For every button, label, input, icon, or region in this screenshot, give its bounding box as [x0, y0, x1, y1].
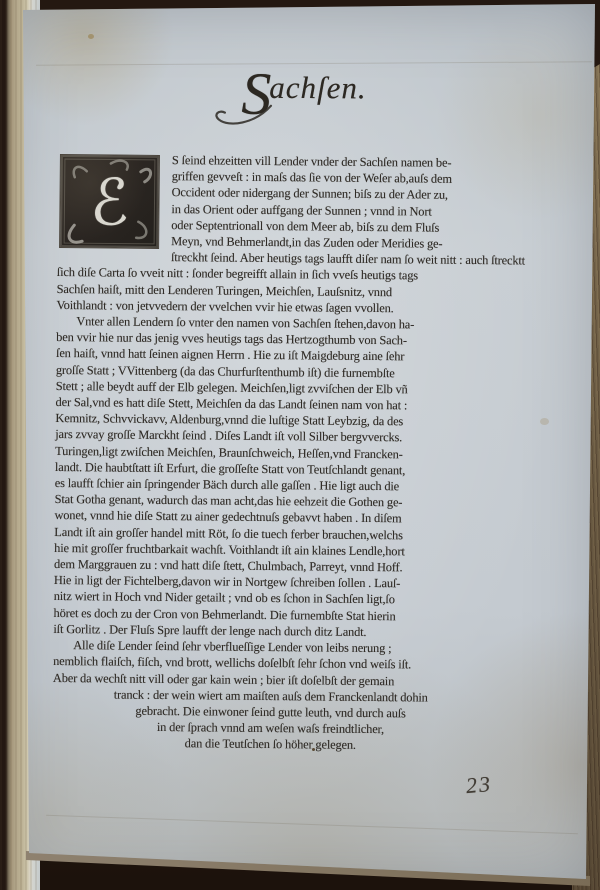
- book-photo: S achſen. ℰ S ſeind ehzeitten vill Lende…: [0, 0, 600, 890]
- dropcap-letter: ℰ: [60, 159, 159, 248]
- title-swash-initial: S: [241, 70, 271, 118]
- crease-line: [36, 61, 592, 65]
- paragraph: Vnter allen Lendern ſo vnter den namen v…: [53, 313, 548, 642]
- swash-flourish-icon: [211, 102, 275, 128]
- paragraph: ℰ S ſeind ehzeitten vill Lender vnder de…: [56, 151, 550, 318]
- title-rest: achſen.: [269, 70, 367, 106]
- dropcap-woodcut: ℰ: [59, 154, 160, 249]
- paragraph: Alle diſe Lender ſeind ſehr vberflueſſig…: [52, 637, 545, 755]
- stain-speck: [88, 34, 94, 39]
- page-number: 23: [465, 771, 493, 799]
- crease-line: [46, 815, 578, 835]
- page-title: S achſen.: [58, 69, 550, 120]
- text-block: ℰ S ſeind ehzeitten vill Lender vnder de…: [52, 151, 550, 755]
